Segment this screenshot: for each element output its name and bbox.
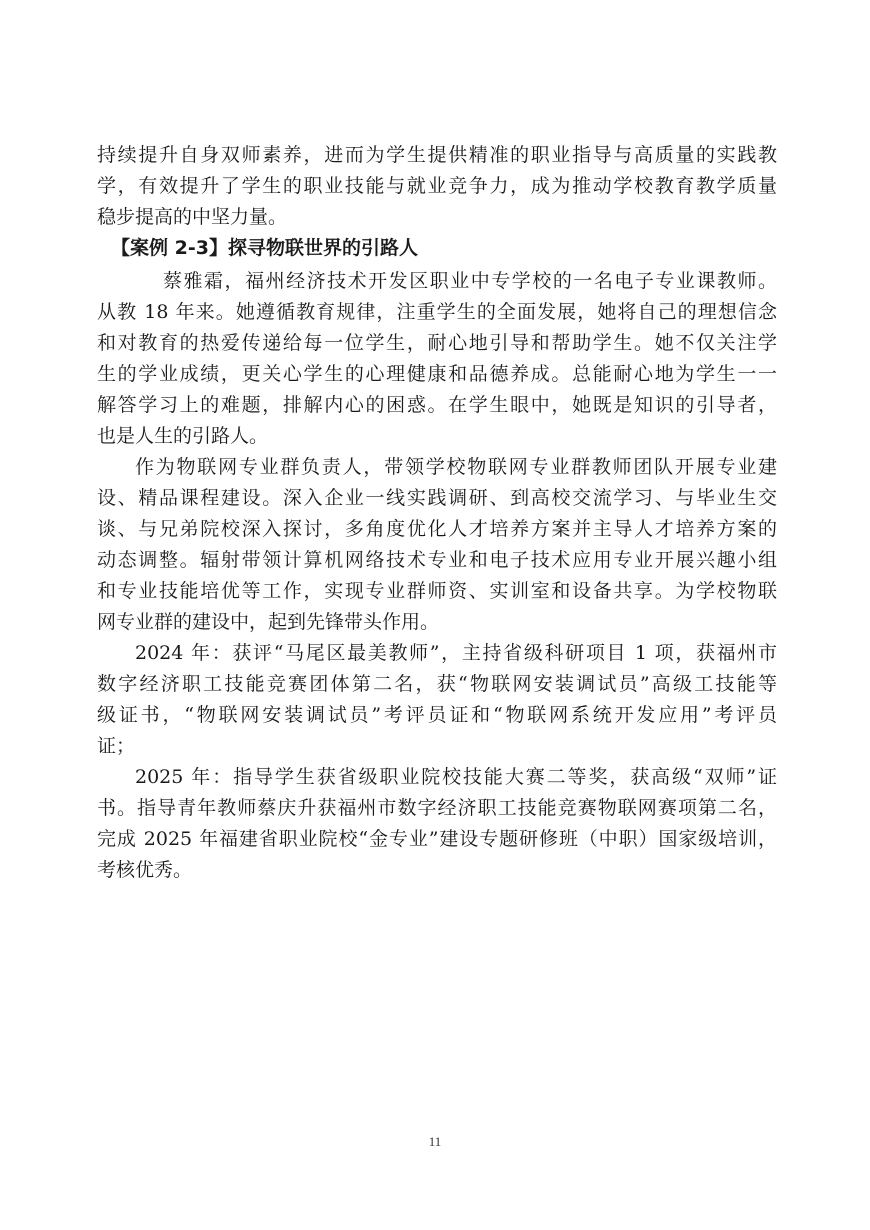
intro-paragraph: 持续提升自身双师素养，进而为学生提供精准的职业指导与高质量的实践教 学，有效提升…	[97, 140, 777, 233]
text-line: 谈、与兄弟院校深入探讨，多角度优化人才培养方案并主导人才培养方案的	[97, 514, 777, 545]
text-line: 书。指导青年教师蔡庆升获福州市数字经济职工技能竞赛物联网赛项第二名，	[97, 793, 777, 824]
text-line: 网专业群的建设中，起到先锋带头作用。	[97, 607, 777, 638]
text-line: 和专业技能培优等工作，实现专业群师资、实训室和设备共享。为学校物联	[97, 576, 777, 607]
text-line: 学，有效提升了学生的职业技能与就业竞争力，成为推动学校教育教学质量	[97, 171, 777, 202]
text-line: 2024 年：获评“马尾区最美教师”，主持省级科研项目 1 项，获福州市	[97, 638, 777, 669]
paragraph-leadership: 作为物联网专业群负责人，带领学校物联网专业群教师团队开展专业建 设、精品课程建设…	[97, 452, 777, 638]
text-line: 设、精品课程建设。深入企业一线实践调研、到高校交流学习、与毕业生交	[97, 483, 777, 514]
text-line: 解答学习上的难题，排解内心的困惑。在学生眼中，她既是知识的引导者，	[97, 390, 777, 421]
text-line: 从教 18 年来。她遵循教育规律，注重学生的全面发展，她将自己的理想信念	[97, 297, 777, 328]
text-line: 蔡雅霜，福州经济技术开发区职业中专学校的一名电子专业课教师。	[97, 266, 777, 297]
text-line: 证；	[97, 731, 777, 762]
case-heading: 【案例 2-3】探寻物联世界的引路人	[97, 233, 777, 264]
text-line: 动态调整。辐射带领计算机网络技术专业和电子技术应用专业开展兴趣小组	[97, 545, 777, 576]
text-line: 持续提升自身双师素养，进而为学生提供精准的职业指导与高质量的实践教	[97, 140, 777, 171]
text-line: 和对教育的热爱传递给每一位学生，耐心地引导和帮助学生。她不仅关注学	[97, 328, 777, 359]
page-number: 11	[0, 1134, 870, 1150]
paragraph-profile: 蔡雅霜，福州经济技术开发区职业中专学校的一名电子专业课教师。 从教 18 年来。…	[97, 266, 777, 452]
text-line: 考核优秀。	[97, 855, 777, 886]
text-line: 也是人生的引路人。	[97, 421, 777, 452]
text-line: 级证书，“物联网安装调试员”考评员证和“物联网系统开发应用”考评员	[97, 700, 777, 731]
text-line: 2025 年：指导学生获省级职业院校技能大赛二等奖，获高级“双师”证	[97, 762, 777, 793]
paragraph-2025: 2025 年：指导学生获省级职业院校技能大赛二等奖，获高级“双师”证 书。指导青…	[97, 762, 777, 886]
text-line: 数字经济职工技能竞赛团体第二名，获“物联网安装调试员”高级工技能等	[97, 669, 777, 700]
text-line: 稳步提高的中坚力量。	[97, 202, 777, 233]
text-line: 作为物联网专业群负责人，带领学校物联网专业群教师团队开展专业建	[97, 452, 777, 483]
document-page: 持续提升自身双师素养，进而为学生提供精准的职业指导与高质量的实践教 学，有效提升…	[97, 140, 777, 886]
paragraph-2024: 2024 年：获评“马尾区最美教师”，主持省级科研项目 1 项，获福州市 数字经…	[97, 638, 777, 762]
text-line: 完成 2025 年福建省职业院校“金专业”建设专题研修班（中职）国家级培训，	[97, 824, 777, 855]
text-line: 生的学业成绩，更关心学生的心理健康和品德养成。总能耐心地为学生一一	[97, 359, 777, 390]
